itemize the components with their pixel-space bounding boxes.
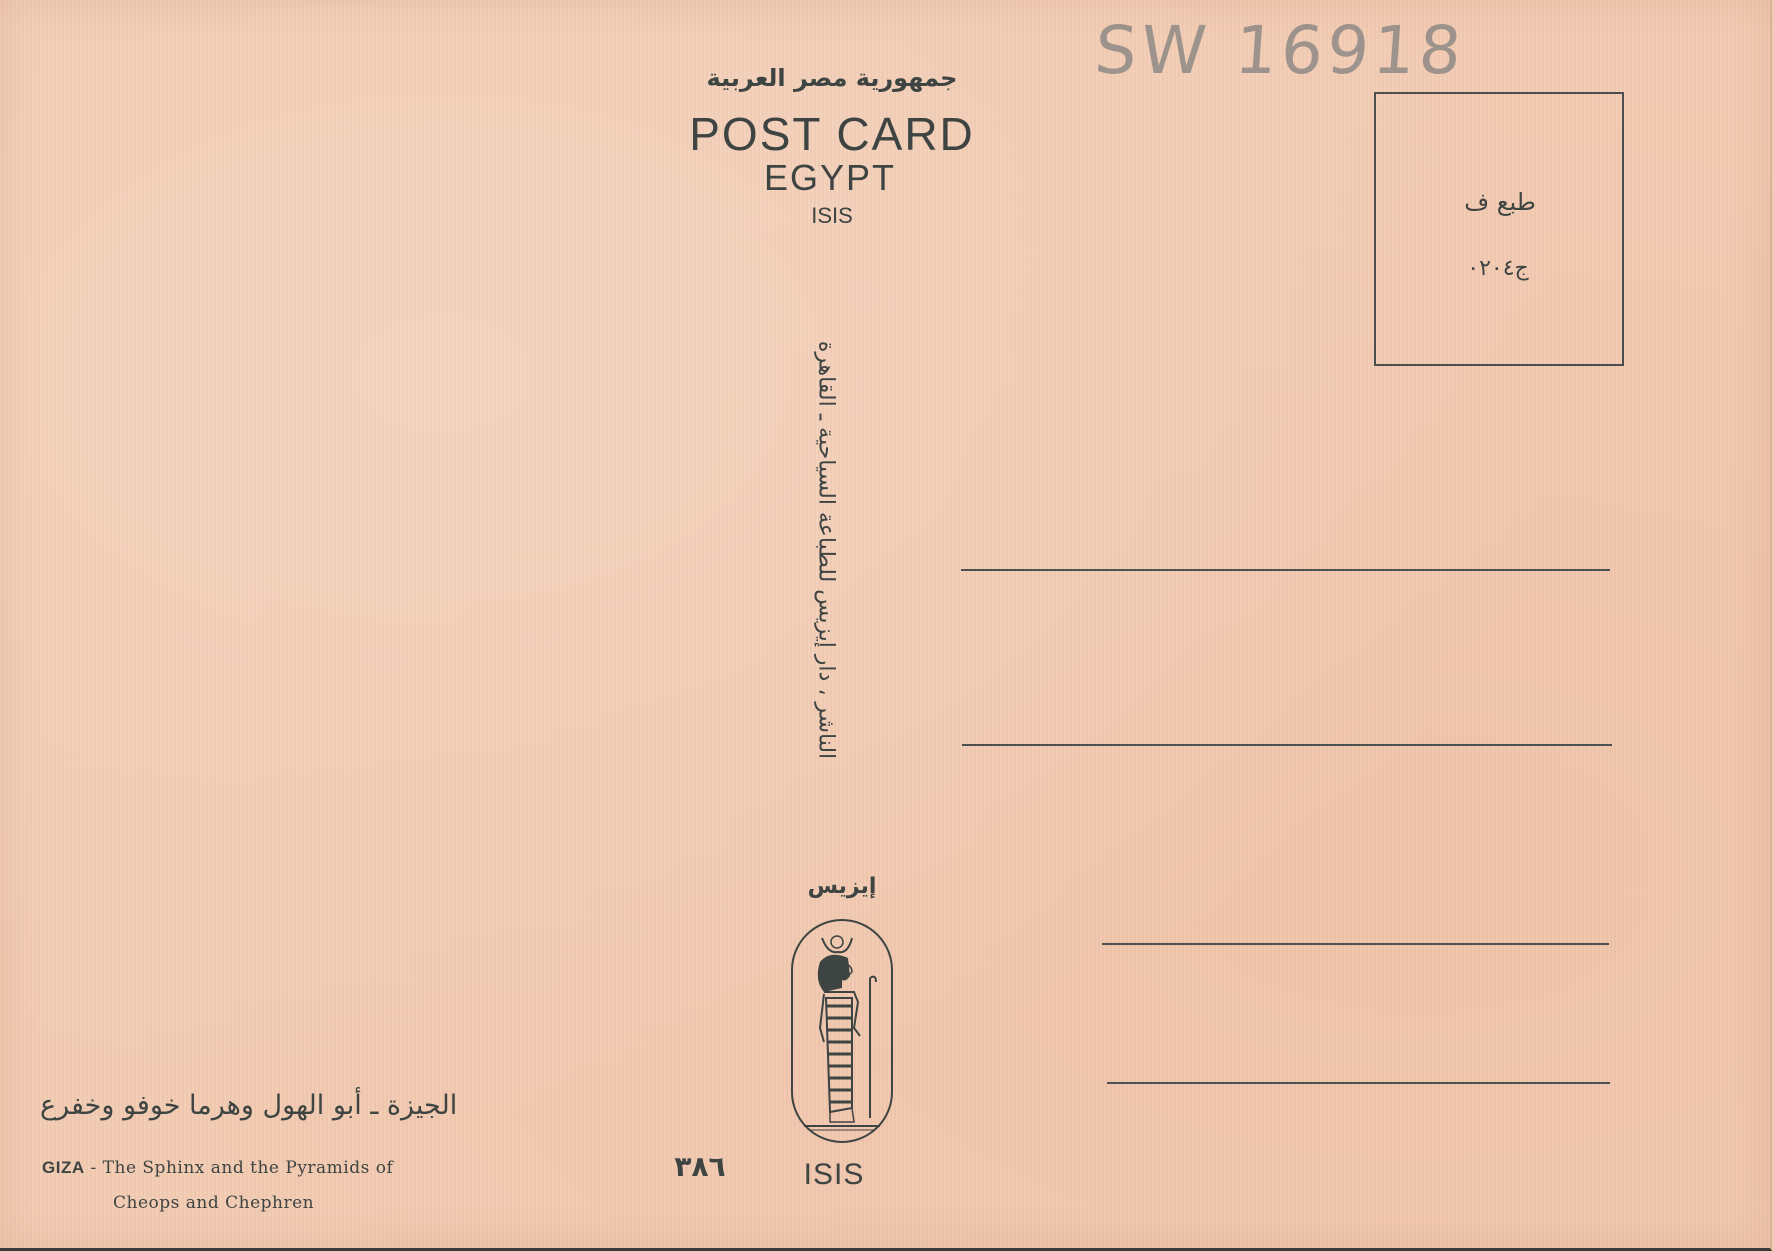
arabic-country-header: جمهورية مصر العربية [707, 64, 958, 92]
isis-goddess-cartouche-icon [790, 918, 894, 1144]
country-label: EGYPT [764, 157, 896, 199]
address-line [1102, 943, 1609, 945]
address-line [962, 744, 1612, 746]
publisher-vertical-text: الناشر ، دار إيزيس للطباعة السياحية ـ ال… [814, 341, 839, 759]
stamp-box-text-line1: طبع ف [1464, 188, 1536, 216]
address-line [961, 569, 1610, 571]
postcard-back: جمهورية مصر العربية POST CARD EGYPT ISIS… [0, 0, 1772, 1251]
caption-english-line1: GIZA - The Sphinx and the Pyramids of [42, 1158, 393, 1178]
caption-english-line2: Cheops and Chephren [113, 1193, 314, 1213]
address-line [1107, 1082, 1610, 1084]
stamp-box-text-line2: ج٠٢٠٤ [1467, 256, 1528, 281]
post-card-title: POST CARD [689, 107, 975, 161]
publisher-mark-top: ISIS [811, 203, 853, 229]
pencil-annotation: SW 16918 [1092, 12, 1467, 89]
stamp-box [1374, 92, 1624, 366]
caption-place: GIZA [42, 1158, 85, 1177]
caption-arabic: الجيزة ـ أبو الهول وهرما خوفو وخفرع [40, 1090, 457, 1121]
card-number: ٣٨٦ [674, 1150, 725, 1183]
logo-latin-name: ISIS [804, 1158, 865, 1192]
caption-description: - The Sphinx and the Pyramids of [85, 1158, 394, 1178]
logo-arabic-name: إيزيس [808, 874, 877, 899]
